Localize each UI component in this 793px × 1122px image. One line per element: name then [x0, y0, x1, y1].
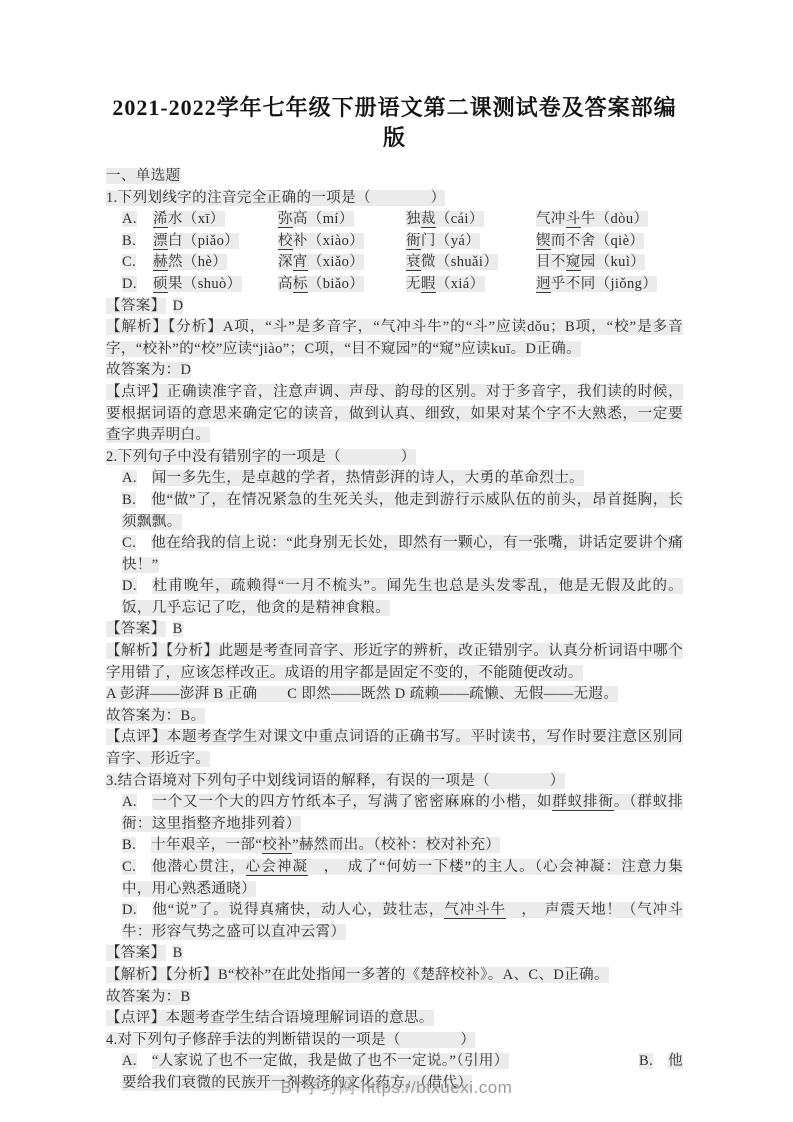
- q2-option-b: B.他“做”了，在情况紧急的生死关头，他走到游行示威队伍的前头，昂首挺胸，长须飘…: [106, 490, 683, 533]
- pinyin-item: 目不窥园（kuì）: [536, 252, 683, 274]
- q2-analysis: 【解析】【分析】此题是考查同音字、形近字的辨析，改正错别字。认真分析词语中哪个字…: [106, 641, 683, 684]
- q1-option-row-a: A. 浠水（xī） 弥高（mí） 独裁（cái） 气冲斗牛（dòu）: [106, 209, 683, 231]
- q1-option-row-d: D. 硕果（shuò） 高标（biǎo） 无暇（xiá） 迥乎不同（jiǒng）: [106, 274, 683, 296]
- q3-option-c: C.他潜心贯注，心会神凝 ， 成了“何妨一下楼”的主人。（心会神凝：注意力集中，…: [106, 857, 683, 900]
- pinyin-item: 衰微（shuǎi）: [406, 252, 536, 274]
- q3-option-a: A.一个又一个大的四方竹纸本子，写满了密密麻麻的小楷，如群蚁排衙。（群蚁排衙：这…: [106, 792, 683, 835]
- q2-option-c: C.他在给我的信上说：“此身别无长处，即然有一颗心，有一张嘴，讲话定要讲个痛快！…: [106, 533, 683, 576]
- footer: BT学习网 https://btxuexi.com: [0, 1073, 793, 1098]
- pinyin-item: 迥乎不同（jiǒng）: [536, 274, 683, 296]
- pinyin-item: 锲而不舍（qiè）: [536, 231, 683, 253]
- option-letter: B.: [122, 231, 153, 253]
- option-letter: C.: [122, 252, 153, 274]
- q3-answer-line: 【答案】B: [106, 943, 683, 965]
- q1-option-row-b: B. 漂白（piǎo） 校补（xiào） 衙门（yá） 锲而不舍（qiè）: [106, 231, 683, 253]
- pinyin-item: 硕果（shuò）: [153, 274, 278, 296]
- q1-answer-line: 【答案】D: [106, 296, 683, 318]
- page-title: 2021-2022学年七年级下册语文第二课测试卷及答案部编版: [106, 93, 683, 153]
- q4-options-line: A.“人家说了也不一定做，我是做了也不一定说。”（引用） B.他: [106, 1051, 683, 1073]
- pinyin-item: 弥高（mí）: [278, 209, 406, 231]
- q2-comment: 【点评】本题考查学生对课文中重点词语的正确书写。平时读书，写作时要注意区别同音字…: [106, 727, 683, 770]
- q4-option-a: A.“人家说了也不一定做，我是做了也不一定说。”（引用）: [122, 1051, 509, 1073]
- pinyin-item: 无暇（xiá）: [406, 274, 536, 296]
- document-page: 2021-2022学年七年级下册语文第二课测试卷及答案部编版 一、单选题 1.下…: [0, 0, 793, 1095]
- pinyin-item: 气冲斗牛（dòu）: [536, 209, 683, 231]
- q1-stem: 1.下列划线字的注音完全正确的一项是（ ）: [106, 188, 683, 210]
- pinyin-item: 高标（biǎo）: [278, 274, 406, 296]
- footer-site-link[interactable]: BT学习网 https://btxuexi.com: [281, 1078, 513, 1097]
- q3-comment: 【点评】本题考查学生结合语境理解词语的意思。: [106, 1008, 683, 1030]
- pinyin-item: 深宵（xiǎo）: [278, 252, 406, 274]
- q4-option-b-start: B.他: [639, 1051, 683, 1073]
- pinyin-item: 衙门（yá）: [406, 231, 536, 253]
- option-letter: D.: [122, 274, 153, 296]
- question-3: 3.结合语境对下列句子中划线词语的解释，有误的一项是（ ） A.一个又一个大的四…: [106, 771, 683, 1030]
- section-heading: 一、单选题: [106, 166, 683, 188]
- q3-option-b: B.十年艰辛，一部“校补”赫然而出。（校补：校对补充）: [106, 835, 683, 857]
- q4-stem: 4.对下列句子修辞手法的判断错误的一项是（ ）: [106, 1030, 683, 1052]
- question-1: 1.下列划线字的注音完全正确的一项是（ ） A. 浠水（xī） 弥高（mí） 独…: [106, 188, 683, 447]
- q2-stem: 2.下列句子中没有错别字的一项是（ ）: [106, 447, 683, 469]
- q1-comment: 【点评】正确读准字音，注意声调、声母、韵母的区别。对于多音字，我们读的时候，要根…: [106, 382, 683, 447]
- q1-conclusion: 故答案为：D: [106, 360, 683, 382]
- q3-conclusion: 故答案为：B: [106, 987, 683, 1009]
- pinyin-item: 浠水（xī）: [153, 209, 278, 231]
- q3-option-d: D.他“说”了。说得真痛快，动人心，鼓壮志，气冲斗牛 ， 声震天地！（气冲斗牛：…: [106, 900, 683, 943]
- q2-corrections: A 彭湃——澎湃 B 正确 C 即然——既然 D 疏赖——疏懒、无假——无遐。: [106, 684, 683, 706]
- q2-conclusion: 故答案为：B。: [106, 706, 683, 728]
- pinyin-item: 独裁（cái）: [406, 209, 536, 231]
- q3-analysis: 【解析】【分析】B“校补”在此处指闻一多著的《楚辞校补》。A、C、D正确。: [106, 965, 683, 987]
- q1-option-row-c: C. 赫然（hè） 深宵（xiǎo） 衰微（shuǎi） 目不窥园（kuì）: [106, 252, 683, 274]
- q3-stem: 3.结合语境对下列句子中划线词语的解释，有误的一项是（ ）: [106, 771, 683, 793]
- q2-option-a: A.闻一多先生，是卓越的学者，热情彭湃的诗人，大勇的革命烈士。: [106, 468, 683, 490]
- pinyin-item: 赫然（hè）: [153, 252, 278, 274]
- option-letter: A.: [122, 209, 153, 231]
- pinyin-item: 校补（xiào）: [278, 231, 406, 253]
- q2-answer-line: 【答案】B: [106, 619, 683, 641]
- question-2: 2.下列句子中没有错别字的一项是（ ） A.闻一多先生，是卓越的学者，热情彭湃的…: [106, 447, 683, 771]
- q2-option-d: D.杜甫晚年，疏赖得“一月不梳头”。闻先生也总是头发零乱，他是无假及此的。饭，几…: [106, 576, 683, 619]
- pinyin-item: 漂白（piǎo）: [153, 231, 278, 253]
- q1-analysis: 【解析】【分析】A项，“斗”是多音字，“气冲斗牛”的“斗”应读dǒu；B项，“校…: [106, 317, 683, 360]
